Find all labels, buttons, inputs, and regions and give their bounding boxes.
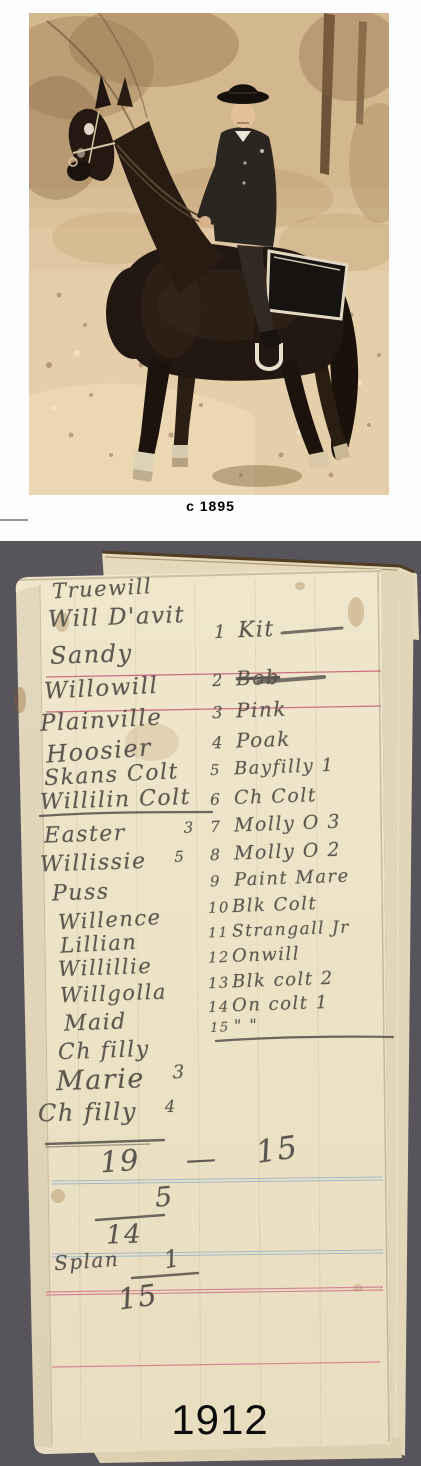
handwritten-tag: 3 [183,818,195,836]
entry-number: 3 [212,702,237,722]
right-list-item: 13Blk colt 2 [208,968,334,993]
handwritten-tag: 5 [174,847,186,865]
entry-number: 15 [210,1020,235,1036]
right-list-item: 1Kit [214,617,276,644]
entry-number: 6 [210,790,235,809]
scanned-page: c 1895 [0,0,421,1466]
tally-minus-value: 5 [154,1181,175,1214]
handwritten-name: Strangall Jr [232,918,351,942]
year-label: 1912 [130,1396,310,1444]
entry-number: 14 [208,998,233,1016]
left-list-item: Willissie5 [40,847,186,877]
tally-dash: — [185,1141,218,1178]
handwritten-name: Willillie [58,954,153,981]
handwritten-name: Pink [236,697,288,723]
right-list-item: 3Pink [212,697,288,724]
handwritten-name: Sandy [50,639,134,670]
handwritten-name: Poak [236,727,292,753]
right-list-item: 10Blk Colt [208,893,318,918]
handwritten-name: Willilin Colt [40,785,192,815]
handwritten-name: Ch filly [38,1097,137,1127]
left-list-item: Easter3 [44,818,196,848]
entry-number: 9 [210,873,235,891]
left-list-item: Puss [52,879,138,907]
right-list-item: 6Ch Colt [210,784,318,810]
handwritten-name: Easter [44,821,127,849]
scan-artifact-line [0,519,28,521]
entry-number: 1 [214,621,239,643]
entry-number: 8 [210,845,235,864]
right-list-item: 5Bayfilly 1 [210,755,335,780]
entry-number: 7 [210,817,235,836]
tally-difference: 14 [105,1219,142,1250]
entry-number: 4 [212,733,237,753]
right-list-item: 7Molly O 3 [210,811,342,838]
left-list-item: Sandy [50,638,162,670]
photo-section: c 1895 [0,0,421,541]
handwritten-name: Ch Colt [234,784,318,809]
handwritten-name: Blk Colt [232,893,318,917]
handwritten-name: Onwill [232,943,301,966]
tally-right-total: 15 [254,1129,301,1171]
tally-left-total: 19 [99,1143,141,1180]
handwritten-name: Willgolla [60,980,168,1008]
handwritten-name: " " [234,1015,259,1035]
entry-number: 2 [212,670,237,690]
handwritten-name: Molly O 3 [234,811,342,837]
entry-number: 12 [208,949,233,967]
handwritten-name: Blk colt 2 [232,968,334,993]
photo-caption: c 1895 [0,498,421,514]
tally-final-total: 15 [116,1277,160,1316]
entry-number: 13 [208,974,233,992]
handwritten-name: Kit [238,617,276,643]
handwritten-name: Maid [64,1009,128,1036]
handwritten-name: Bob [236,665,281,691]
right-list-item: 12Onwill [208,943,301,967]
handwritten-name: Willissie [40,849,147,878]
handwritten-name: On colt 1 [232,992,329,1016]
horse-rider-photo-art [29,13,389,495]
handwritten-tag: 4 [165,1097,177,1116]
entry-number: 10 [208,899,233,917]
handwritten-name: Molly O 2 [234,839,342,865]
right-list-item: 8Molly O 2 [210,839,342,866]
handwritten-name: Marie [55,1063,145,1097]
handwritten-name: Paint Mare [234,866,350,891]
tally-plus-label: Splan [53,1247,120,1275]
handwritten-name: Puss [52,879,110,906]
handwritten-name: Bayfilly 1 [234,755,335,779]
left-list-item: Ch filly4 [38,1097,177,1127]
handwritten-tag: 3 [172,1062,186,1083]
left-list-item: Ch filly [58,1036,178,1065]
entry-number: 5 [210,761,235,779]
left-list-item: Willillie [58,953,181,981]
left-list-item: Maid [64,1008,156,1036]
right-list-item: 4Poak [212,727,292,754]
handwritten-name: Lillian [59,930,138,958]
entry-number: 11 [208,925,233,942]
right-list-item: 15" " [210,1015,259,1036]
horse-rider-photo [29,13,389,495]
handwritten-name: Ch filly [58,1037,151,1065]
handwritten-name: Will D'avit [48,602,186,633]
left-list-item: Marie3 [55,1062,186,1098]
right-list-item: 2Bob [212,665,281,691]
right-list-item: 14On colt 1 [208,992,329,1017]
left-list-item: Willgolla [60,979,196,1008]
